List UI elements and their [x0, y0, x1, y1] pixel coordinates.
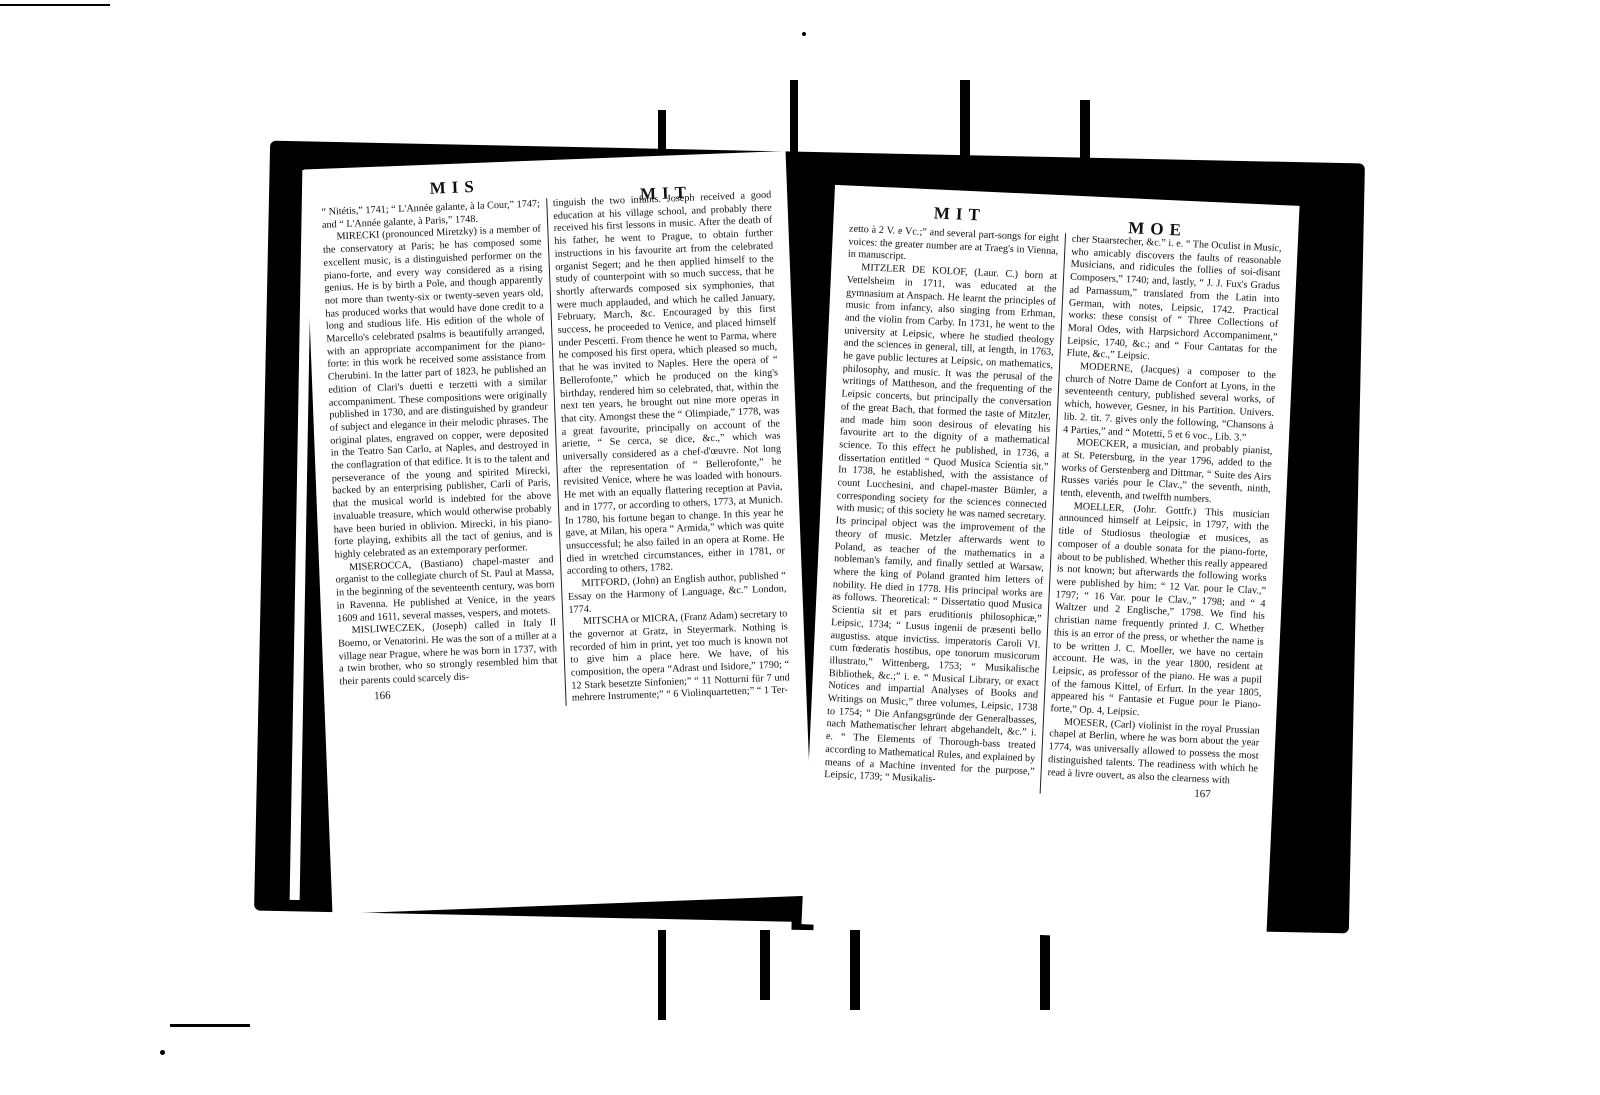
- text-column-2: cher Staarstecher, &c.” i. e. “ The Ocul…: [1040, 233, 1288, 803]
- entry-mitzler: MITZLER DE KOLOF, (Laur. C.) born at Vet…: [824, 262, 1057, 792]
- scan-artifact-bottom-bar: [850, 930, 860, 1010]
- scan-artifact-top-line: [0, 4, 110, 6]
- scan-speck: [160, 1050, 165, 1055]
- entry-mirecki: MIRECKI (pronounced Miretzky) is a membe…: [322, 224, 553, 562]
- text-column-1: “ Nitétis,” 1741; “ L'Année galante, à l…: [315, 198, 565, 715]
- scan-artifact-bottom-bar: [658, 930, 666, 1020]
- paragraph: cher Staarstecher, &c.” i. e. “ The Ocul…: [1066, 234, 1282, 370]
- entry-moecker: MOECKER, a musician, and probably pianis…: [1060, 437, 1273, 510]
- entry-mitscha: MITSCHA or MICRA, (Franz Adam) secretary…: [569, 609, 791, 706]
- scan-artifact-bottom-bar: [1040, 930, 1050, 1010]
- text-columns: zetto à 2 V. e Vc.;” and several part-so…: [808, 223, 1298, 804]
- scan-speck: [802, 32, 806, 36]
- running-head-left: MIT: [933, 203, 986, 225]
- scan-artifact-bottom-bar: [760, 930, 770, 1000]
- entry-moderne: MODERNE, (Jacques) a composer to the chu…: [1063, 361, 1276, 447]
- text-column-2: tinguish the two infants. Joseph receive…: [546, 189, 797, 706]
- running-head-left: MIS: [429, 177, 480, 199]
- entry-moeser: MOESER, (Carl) violinist in the royal Pr…: [1047, 716, 1260, 789]
- right-page: MIT MOE zetto à 2 V. e Vc.;” and several…: [801, 185, 1299, 945]
- scan-artifact-bottom-line: [170, 1024, 250, 1027]
- entry-misliweczek: MISLIWECZEK, (Joseph) called in Italy Il…: [337, 617, 558, 689]
- text-columns: “ Nitétis,” 1741; “ L'Année galante, à l…: [305, 189, 806, 715]
- entry-miserocca: MISEROCCA, (Bastiano) chapel-master and …: [335, 554, 556, 626]
- paragraph: tinguish the two infants. Joseph receive…: [553, 190, 786, 579]
- running-head-right: MOE: [1128, 218, 1187, 241]
- left-page: MIS MIT “ Nitétis,” 1741; “ L'Année gala…: [304, 151, 814, 914]
- entry-moeller: MOELLER, (Johr. Gottfr.) This musician a…: [1050, 500, 1270, 725]
- text-column-1: zetto à 2 V. e Vc.;” and several part-so…: [818, 223, 1065, 793]
- running-head-right: MIT: [640, 183, 693, 205]
